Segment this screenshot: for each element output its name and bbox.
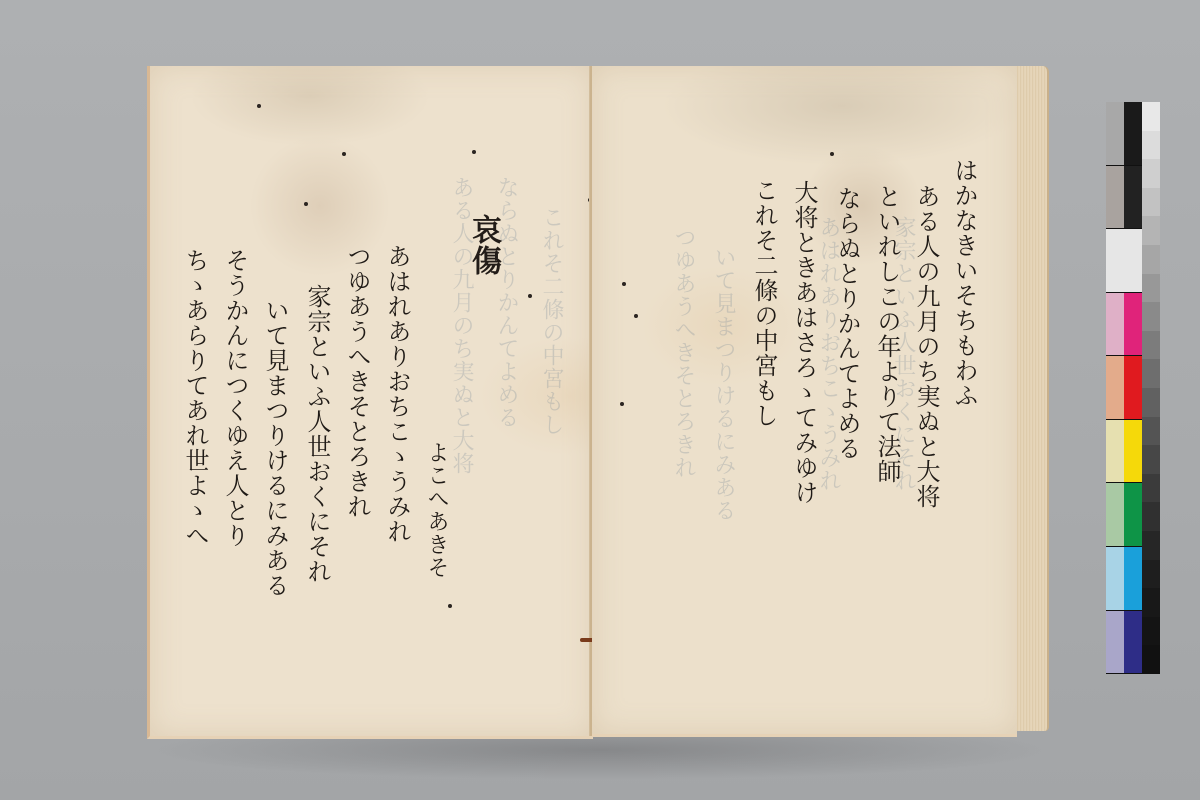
color-swatch <box>1124 483 1142 546</box>
grayscale-strip <box>1142 102 1160 674</box>
gray-swatch <box>1142 274 1160 303</box>
bleed-through-text: これそ二條の中宮もし <box>540 206 562 436</box>
color-swatch <box>1124 293 1142 356</box>
color-swatch <box>1106 420 1124 483</box>
color-swatch-row <box>1106 547 1142 611</box>
color-swatch <box>1124 356 1142 419</box>
color-swatch-row <box>1106 166 1142 230</box>
gray-swatch <box>1142 502 1160 531</box>
color-swatch-row <box>1106 420 1142 484</box>
color-swatch <box>1124 611 1142 674</box>
bleed-through-text: いて見まつりけるにみある <box>712 246 734 522</box>
ink-dot <box>622 282 626 286</box>
color-swatch-row <box>1106 611 1142 675</box>
color-swatch <box>1106 229 1124 292</box>
ink-dot <box>257 104 261 108</box>
color-swatch <box>1106 611 1124 674</box>
color-swatch <box>1106 166 1124 229</box>
photo-scene: ある人の九月のち実ぬと大将 ならぬとりかんてよめる これそ二條の中宮もし 哀傷 … <box>0 0 1200 800</box>
text-column: いて見まつりけるにみある <box>263 298 287 598</box>
gray-swatch <box>1142 331 1160 360</box>
text-column: ある人の九月のち実ぬと大将 <box>914 184 938 509</box>
color-swatch-row <box>1106 356 1142 420</box>
color-swatch <box>1106 356 1124 419</box>
gray-swatch <box>1142 588 1160 617</box>
text-column: あはれありおちこゝうみれ <box>385 244 409 544</box>
gray-swatch <box>1142 617 1160 646</box>
gray-swatch <box>1142 131 1160 160</box>
color-swatch <box>1124 102 1142 165</box>
gray-swatch <box>1142 102 1160 131</box>
text-column: ならぬとりかんてよめる <box>835 186 859 461</box>
bleed-through-text: つゆあうへきそとろきれ <box>672 226 694 479</box>
text-column: ちゝあらりてあれ世よゝへ <box>183 248 207 548</box>
color-swatch <box>1106 483 1124 546</box>
color-swatch <box>1106 547 1124 610</box>
color-swatch-row <box>1106 483 1142 547</box>
color-swatch <box>1124 229 1142 292</box>
color-swatches <box>1106 102 1142 674</box>
gray-swatch <box>1142 188 1160 217</box>
text-column: つゆあうへきそとろきれ <box>345 244 369 519</box>
ink-dot <box>620 402 624 406</box>
text-column: といれしこの年よりて法師 <box>875 184 899 484</box>
color-swatch-row <box>1106 293 1142 357</box>
gray-swatch <box>1142 645 1160 674</box>
gray-swatch <box>1142 159 1160 188</box>
section-title: 哀傷 <box>468 214 498 276</box>
color-swatch-row <box>1106 229 1142 293</box>
right-page: つゆあうへきそとろきれ いて見まつりけるにみある あはれありおちこゝうみれ 家宗… <box>592 66 1017 737</box>
text-column: 大将ときあはさろゝてみゆけ <box>792 180 816 505</box>
ink-dot <box>448 604 452 608</box>
ink-dot <box>342 152 346 156</box>
gray-swatch <box>1142 302 1160 331</box>
color-swatch <box>1124 166 1142 229</box>
text-column: はかなきいそちもわふ <box>952 158 976 408</box>
text-column: よこへあきそ <box>425 441 447 579</box>
gray-swatch <box>1142 359 1160 388</box>
color-swatch <box>1106 102 1124 165</box>
left-page: ある人の九月のち実ぬと大将 ならぬとりかんてよめる これそ二條の中宮もし 哀傷 … <box>147 66 593 739</box>
ink-dot <box>528 294 532 298</box>
gray-swatch <box>1142 560 1160 589</box>
text-column: 家宗といふ人世おくにそれ <box>305 284 329 584</box>
gray-swatch <box>1142 531 1160 560</box>
color-swatch <box>1124 420 1142 483</box>
ink-dot <box>634 314 638 318</box>
color-swatch-row <box>1106 102 1142 166</box>
color-calibration-chart <box>1106 102 1160 674</box>
gray-swatch <box>1142 474 1160 503</box>
gray-swatch <box>1142 445 1160 474</box>
gray-swatch <box>1142 216 1160 245</box>
gray-swatch <box>1142 245 1160 274</box>
gray-swatch <box>1142 388 1160 417</box>
color-swatch <box>1106 293 1124 356</box>
ink-dot <box>830 152 834 156</box>
page-edges <box>1017 66 1049 731</box>
text-column: そうかんにつくゆえ人とり <box>223 248 247 548</box>
ink-dot <box>304 202 308 206</box>
gray-swatch <box>1142 417 1160 446</box>
ink-dot <box>472 150 476 154</box>
text-column: これそ二條の中宮もし <box>752 178 776 428</box>
color-swatch <box>1124 547 1142 610</box>
